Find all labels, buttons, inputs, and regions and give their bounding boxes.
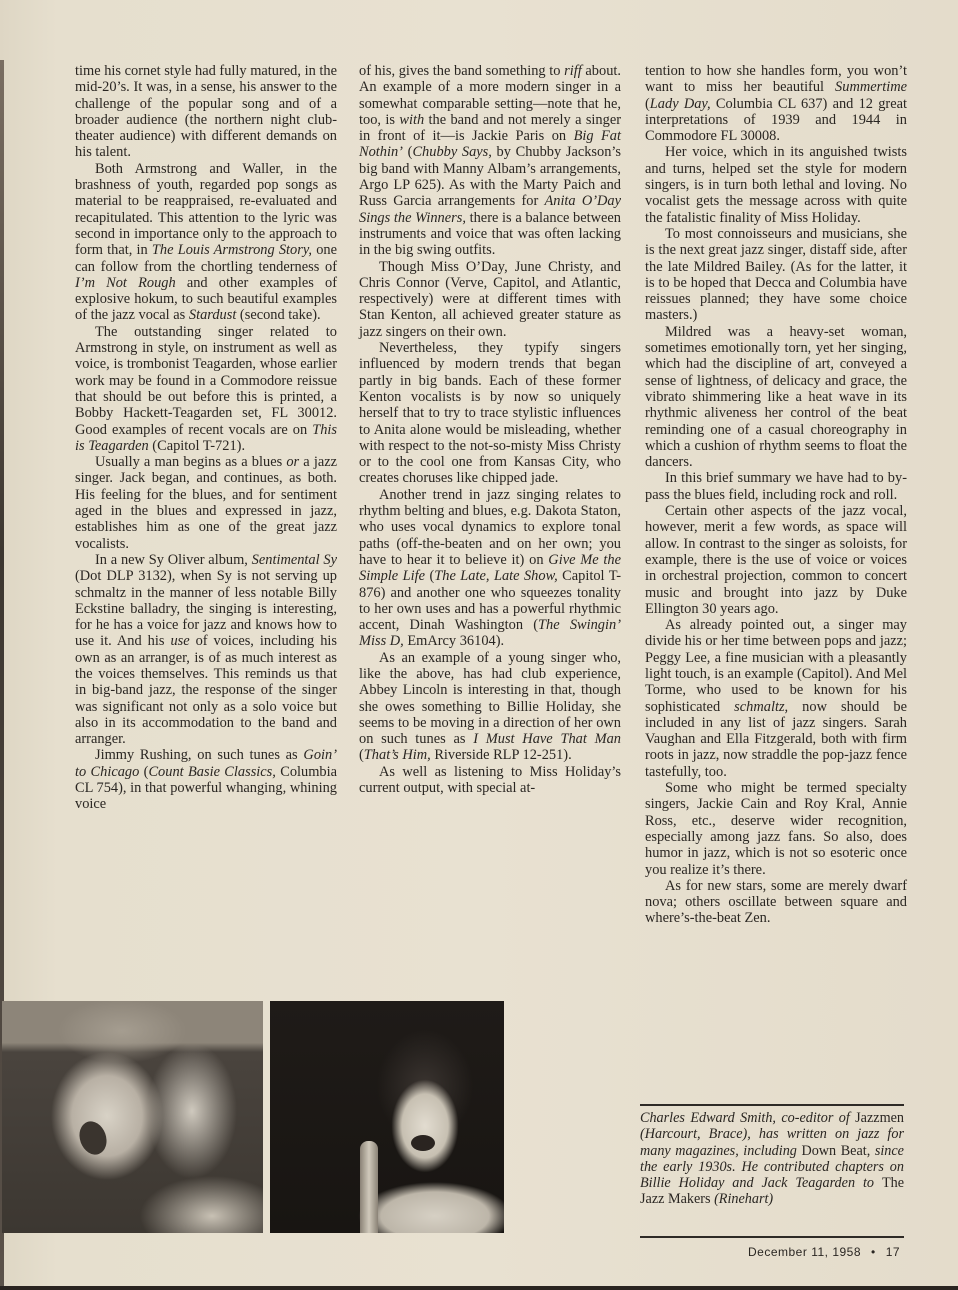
article-column-3: tention to how she handles form, you won…: [645, 63, 907, 927]
article-paragraph: Both Armstrong and Waller, in the brashn…: [75, 161, 337, 324]
article-paragraph: In this brief summary we have had to by-…: [645, 470, 907, 503]
article-paragraph: In a new Sy Oliver album, Sentimental Sy…: [75, 552, 337, 748]
photo-detail: [75, 1118, 111, 1159]
article-paragraph: To most connoisseurs and musicians, she …: [645, 226, 907, 324]
article-column-2: of his, gives the band something to riff…: [359, 63, 621, 796]
page-bottom-edge: [0, 1286, 958, 1290]
article-paragraph: Certain other aspects of the jazz vocal,…: [645, 503, 907, 617]
bio-bottom-rule: [640, 1236, 904, 1238]
singer-photo-right: [270, 1001, 504, 1233]
magazine-page: time his cornet style had fully matured,…: [0, 0, 958, 1290]
article-paragraph: Mildred was a heavy-set woman, sometimes…: [645, 324, 907, 471]
article-paragraph: As well as listening to Miss Holiday’s c…: [359, 764, 621, 797]
article-paragraph: Jimmy Rushing, on such tunes as Goin’ to…: [75, 747, 337, 812]
article-paragraph: Another trend in jazz singing relates to…: [359, 487, 621, 650]
article-paragraph: The outstanding singer related to Armstr…: [75, 324, 337, 454]
article-paragraph: tention to how she handles form, you won…: [645, 63, 907, 144]
article-paragraph: Some who might be termed specialty singe…: [645, 780, 907, 878]
article-paragraph: Though Miss O’Day, June Christy, and Chr…: [359, 259, 621, 340]
page-number: 17: [886, 1245, 900, 1259]
article-paragraph: As already pointed out, a singer may div…: [645, 617, 907, 780]
article-paragraph: As an example of a young singer who, lik…: [359, 650, 621, 764]
singer-photo-left: [2, 1001, 263, 1233]
article-paragraph: of his, gives the band something to riff…: [359, 63, 621, 259]
page-footer: December 11, 1958•17: [748, 1245, 900, 1259]
article-paragraph: Nevertheless, they typify singers influe…: [359, 340, 621, 487]
issue-date: December 11, 1958: [748, 1245, 861, 1259]
photo-detail: [411, 1135, 435, 1151]
article-paragraph: Her voice, which in its anguished twists…: [645, 144, 907, 225]
bio-top-rule: [640, 1104, 904, 1106]
author-bio: Charles Edward Smith, co-editor of Jazzm…: [640, 1110, 904, 1208]
footer-separator: •: [871, 1245, 876, 1259]
article-column-1: time his cornet style had fully matured,…: [75, 63, 337, 813]
article-paragraph: As for new stars, some are merely dwarf …: [645, 878, 907, 927]
article-paragraph: time his cornet style had fully matured,…: [75, 63, 337, 161]
microphone-shape: [360, 1141, 378, 1233]
article-paragraph: Usually a man begins as a blues or a jaz…: [75, 454, 337, 552]
